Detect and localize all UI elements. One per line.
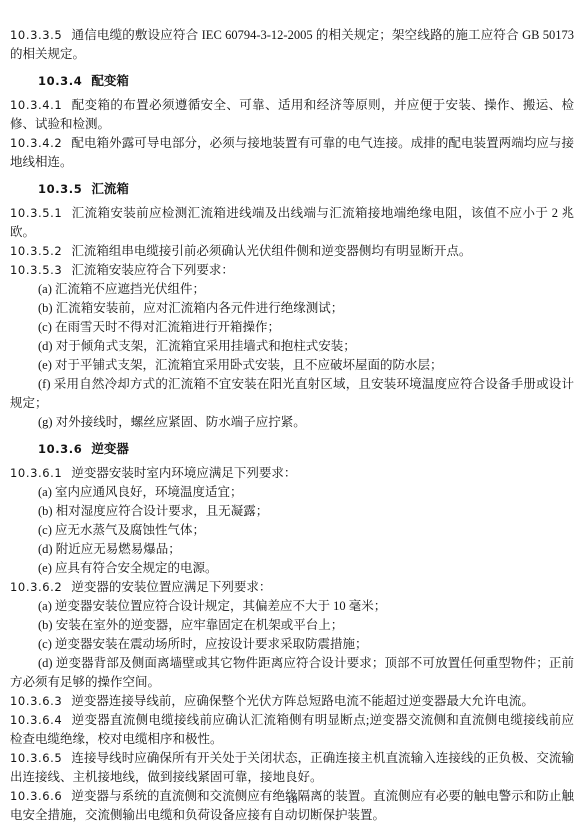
- clause-number: 10.3.4.1: [10, 98, 62, 112]
- list-item-c: (c) 逆变器安装在震动场所时，应按设计要求采取防震措施；: [10, 635, 574, 654]
- clause-text: 逆变器直流侧电缆接线前应确认汇流箱侧有明显断点;逆变器交流侧和直流侧电缆接线前应…: [10, 713, 574, 746]
- list-item-d: (d) 逆变器背部及侧面离墙壁或其它物件距离应符合设计要求；顶部不可放置任何重型…: [10, 654, 574, 692]
- clause-number: 10.3.6.4: [10, 713, 62, 727]
- heading-title: 汇流箱: [91, 182, 129, 196]
- list-item-a: (a) 室内应通风良好，环境温度适宜；: [10, 483, 574, 502]
- clause-number: 10.3.3.5: [10, 28, 62, 42]
- clause-text: 汇流箱组串电缆接引前必须确认光伏组件侧和逆变器侧均有明显断开点。: [71, 244, 471, 258]
- heading-title: 逆变器: [91, 442, 129, 456]
- list-item-a: (a) 汇流箱不应遮挡光伏组件；: [10, 280, 574, 299]
- list-item-c: (c) 在雨雪天时不得对汇流箱进行开箱操作；: [10, 318, 574, 337]
- clause-text: 配变箱的布置必须遵循安全、可靠、适用和经济等原则，并应便于安装、操作、搬运、检修…: [10, 98, 574, 131]
- heading-number: 10.3.5: [38, 182, 82, 196]
- clause-10-3-5-2: 10.3.5.2汇流箱组串电缆接引前必须确认光伏组件侧和逆变器侧均有明显断开点。: [10, 242, 574, 261]
- clause-text: 汇流箱安装前应检测汇流箱进线端及出线端与汇流箱接地端绝缘电阻，该值不应小于 2 …: [10, 206, 574, 239]
- clause-text: 连接导线时应确保所有开关处于关闭状态，正确连接主机直流输入连接线的正负极、交流输…: [10, 751, 574, 784]
- list-item-d: (d) 对于倾角式支架，汇流箱宜采用挂墙式和抱柱式安装；: [10, 337, 574, 356]
- clause-number: 10.3.6.1: [10, 466, 62, 480]
- clause-number: 10.3.6.2: [10, 580, 62, 594]
- clause-number: 10.3.5.2: [10, 244, 62, 258]
- list-item-b: (b) 汇流箱安装前，应对汇流箱内各元件进行绝缘测试；: [10, 299, 574, 318]
- clause-10-3-6-3: 10.3.6.3逆变器连接导线前，应确保整个光伏方阵总短路电流不能超过逆变器最大…: [10, 692, 574, 711]
- clause-number: 10.3.4.2: [10, 136, 62, 150]
- list-item-f: (f) 采用自然冷却方式的汇流箱不宜安装在阳光直射区域，且安装环境温度应符合设备…: [10, 375, 574, 413]
- clause-text: 汇流箱安装应符合下列要求：: [71, 263, 234, 277]
- list-item-c: (c) 应无水蒸气及腐蚀性气体；: [10, 521, 574, 540]
- heading-number: 10.3.6: [38, 442, 82, 456]
- clause-10-3-4-1: 10.3.4.1配变箱的布置必须遵循安全、可靠、适用和经济等原则，并应便于安装、…: [10, 96, 574, 134]
- clause-text: 逆变器安装时室内环境应满足下列要求：: [71, 466, 296, 480]
- clause-10-3-6-1: 10.3.6.1逆变器安装时室内环境应满足下列要求：: [10, 464, 574, 483]
- clause-10-3-5-1: 10.3.5.1汇流箱安装前应检测汇流箱进线端及出线端与汇流箱接地端绝缘电阻，该…: [10, 204, 574, 242]
- clause-text: 通信电缆的敷设应符合 IEC 60794-3-12-2005 的相关规定；架空线…: [10, 28, 574, 61]
- clause-text: 逆变器连接导线前，应确保整个光伏方阵总短路电流不能超过逆变器最大允许电流。: [71, 694, 534, 708]
- list-item-e: (e) 应具有符合安全规定的电源。: [10, 559, 574, 578]
- clause-10-3-6-2: 10.3.6.2逆变器的安装位置应满足下列要求：: [10, 578, 574, 597]
- list-item-e: (e) 对于平铺式支架，汇流箱宜采用卧式安装，且不应破坏屋面的防水层；: [10, 356, 574, 375]
- list-item-b: (b) 安装在室外的逆变器，应牢靠固定在机架或平台上；: [10, 616, 574, 635]
- list-item-d: (d) 附近应无易燃易爆品；: [10, 540, 574, 559]
- page-number: 18: [0, 794, 584, 806]
- clause-10-3-3-5: 10.3.3.5通信电缆的敷设应符合 IEC 60794-3-12-2005 的…: [10, 26, 574, 64]
- list-item-a: (a) 逆变器安装位置应符合设计规定，其偏差应不大于 10 毫米；: [10, 597, 574, 616]
- clause-text: 逆变器的安装位置应满足下列要求：: [71, 580, 271, 594]
- clause-10-3-6-4: 10.3.6.4逆变器直流侧电缆接线前应确认汇流箱侧有明显断点;逆变器交流侧和直…: [10, 711, 574, 749]
- list-item-g: (g) 对外接线时，螺丝应紧固、防水端子应拧紧。: [10, 413, 574, 432]
- clause-text: 配电箱外露可导电部分，必须与接地装置有可靠的电气连接。成排的配电装置两端均应与接…: [10, 136, 574, 169]
- clause-number: 10.3.6.3: [10, 694, 62, 708]
- clause-10-3-6-5: 10.3.6.5连接导线时应确保所有开关处于关闭状态，正确连接主机直流输入连接线…: [10, 749, 574, 787]
- heading-title: 配变箱: [91, 74, 129, 88]
- clause-10-3-4-2: 10.3.4.2配电箱外露可导电部分，必须与接地装置有可靠的电气连接。成排的配电…: [10, 134, 574, 172]
- clause-number: 10.3.6.5: [10, 751, 62, 765]
- heading-number: 10.3.4: [38, 74, 82, 88]
- section-heading-10-3-6: 10.3.6逆变器: [10, 440, 574, 459]
- section-heading-10-3-4: 10.3.4配变箱: [10, 72, 574, 91]
- clause-10-3-5-3: 10.3.5.3汇流箱安装应符合下列要求：: [10, 261, 574, 280]
- document-page: 10.3.3.5通信电缆的敷设应符合 IEC 60794-3-12-2005 的…: [0, 0, 584, 822]
- clause-number: 10.3.5.3: [10, 263, 62, 277]
- list-item-b: (b) 相对湿度应符合设计要求，且无凝露；: [10, 502, 574, 521]
- clause-number: 10.3.5.1: [10, 206, 62, 220]
- section-heading-10-3-5: 10.3.5汇流箱: [10, 180, 574, 199]
